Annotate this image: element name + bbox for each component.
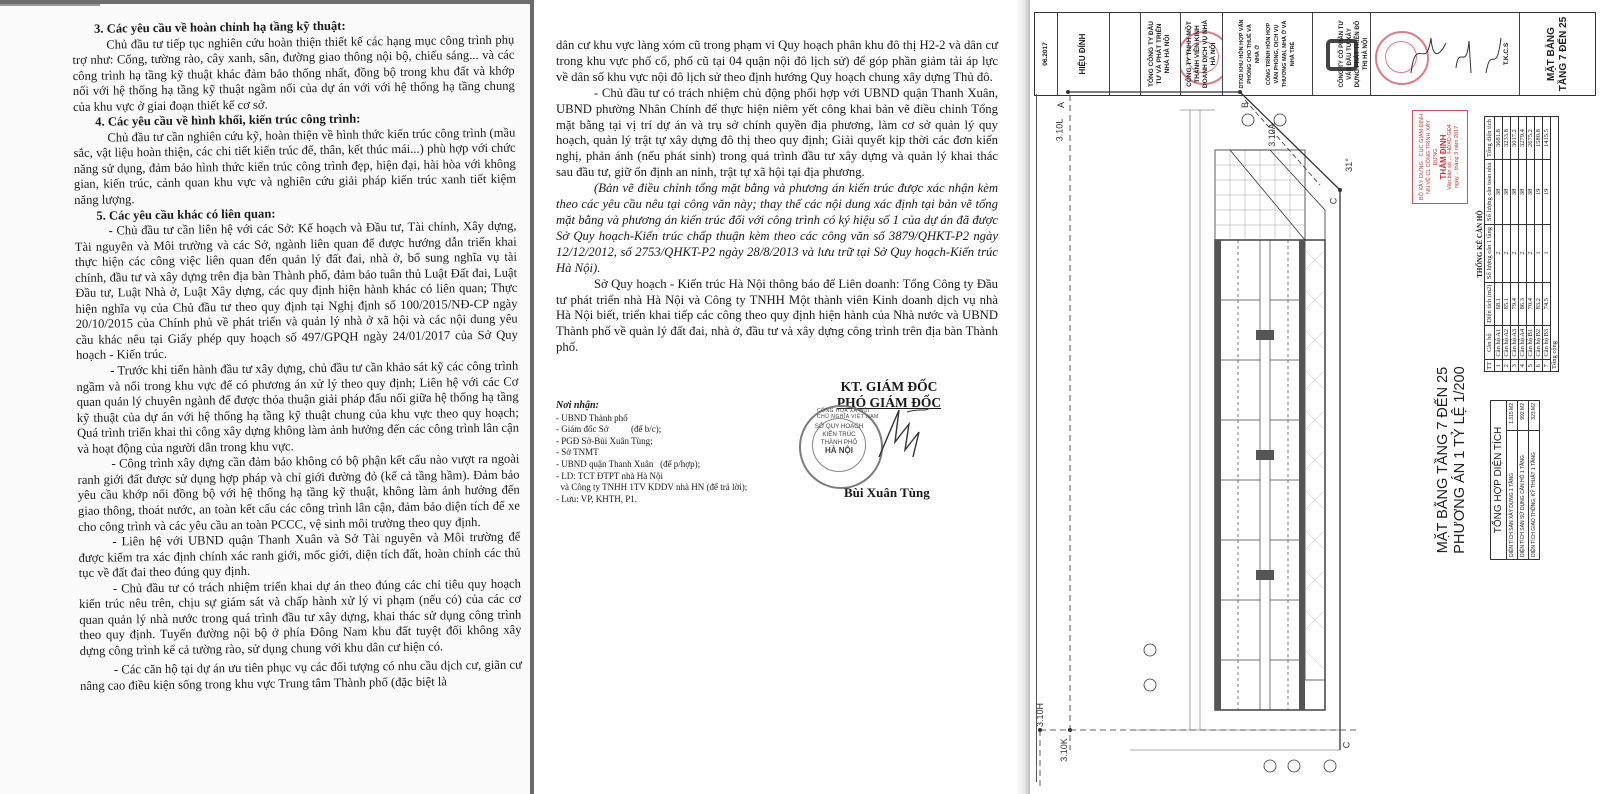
seal-line: KIẾN TRÚC — [813, 431, 865, 439]
section-4-body: Chủ đầu tư cần nghiên cứu kỹ, hoàn thiện… — [73, 125, 516, 208]
drawing-title-block: 06.2017 HIỆU ĐÍNH TỔNG CÔNG TY ĐẦU TƯ VÀ… — [1034, 12, 1596, 96]
grid-label-a: A — [1056, 102, 1066, 108]
table-cell: 3681.8 — [1495, 117, 1503, 160]
table-cell: 19 — [1535, 160, 1543, 224]
table-cell: 74.5 — [1543, 282, 1551, 325]
area-label: DIỆN TÍCH GIAO THÔNG, KỸ THUẬT 1 TẦNG — [1529, 431, 1540, 560]
dimension-label: 3.10A — [1267, 123, 1277, 147]
table-cell: 3 — [1511, 360, 1519, 372]
apartment-table: TTCăn hộDiện tích (m2)Số lượng căn 1 tần… — [1484, 116, 1559, 372]
coordination-paragraph: - Chủ đầu tư có trách nhiệm chủ động phố… — [556, 86, 998, 181]
angle-label: 31° — [1344, 158, 1354, 172]
table-row: DIỆN TÍCH GIAO THÔNG, KỸ THUẬT 1 TẦNG 32… — [1529, 401, 1540, 560]
table-cell: Căn hộ A1 — [1495, 325, 1503, 360]
dimension-label: 3.10H — [1035, 703, 1045, 727]
table-cell: 2 — [1495, 224, 1503, 282]
signature-title: KT. GIÁM ĐỐC — [799, 379, 979, 395]
table-row: 2Căn hộ A285.12383233.8 — [1503, 117, 1511, 372]
section-5-paragraph: - Chủ đầu tư cần liên hệ với các Sở: Kế … — [74, 219, 518, 364]
dimension-label: 3.10K — [1059, 738, 1069, 762]
table-row: 6Căn hộ B283.21191580.8 — [1535, 117, 1543, 372]
recipient: - Lưu: VP, KHTH, P1. — [556, 494, 747, 506]
area-summary-table: TỔNG HỢP DIỆN TÍCH DIỆN TÍCH SÀN XÂY DỰN… — [1490, 400, 1540, 560]
revision-cell: HIỆU ĐÍNH — [1058, 13, 1110, 95]
table-row: 3Căn hộ A379.42383017.2 — [1511, 117, 1519, 372]
table-header-cell: Số lượng căn toàn nhà — [1485, 160, 1495, 224]
table-cell: Căn hộ B1 — [1527, 325, 1535, 360]
recipient: - Giám đốc Sở (để b/c); — [556, 424, 747, 436]
approval-org: BỘ XÂY DỰNG · CỤC GIÁM ĐỊNH NN VỀ CL CÔN… — [1419, 113, 1440, 201]
revision-label: HIỆU ĐÍNH — [1079, 34, 1087, 75]
table-cell: Căn hộ B3 — [1543, 325, 1551, 360]
apartment-table-title: THỐNG KÊ CĂN HỘ — [1476, 116, 1484, 372]
table-cell: 1 — [1495, 360, 1503, 372]
table-cell: 2 — [1511, 224, 1519, 282]
section-5-paragraph: - Liên hệ với UBND quận Thanh Xuân và Sở… — [78, 530, 521, 582]
recipient: - PGĐ Sở-Bùi Xuân Tùng; — [556, 436, 747, 448]
table-cell: 4 — [1519, 360, 1527, 372]
table-cell: 1 — [1535, 224, 1543, 282]
grid-label-c: C — [1328, 198, 1338, 205]
blueprint-page: 06.2017 HIỆU ĐÍNH TỔNG CÔNG TY ĐẦU TƯ VÀ… — [1030, 0, 1600, 794]
signer-name: Bùi Xuân Tùng — [844, 485, 930, 501]
table-cell: 86.3 — [1519, 282, 1527, 325]
area-label: DIỆN TÍCH SÀN SỬ DỤNG CĂN HỘ 1 TẦNG — [1518, 431, 1529, 560]
seal-line: SỞ QUY HOẠCH — [813, 423, 865, 431]
table-cell: 2 — [1519, 224, 1527, 282]
recipient: - UBND Thành phố — [556, 413, 747, 425]
table-cell: 6 — [1535, 360, 1543, 372]
section-5-paragraph: - Trước khi tiến hành đầu tư xây dựng, c… — [76, 359, 519, 458]
table-cell: 79.4 — [1511, 282, 1519, 325]
drawing-title-cell: MẶT BẰNG TẦNG 7 ĐẾN 25 — [1520, 13, 1595, 95]
page1-body: 3. Các yêu cầu về hoàn chỉnh hạ tầng kỹ … — [72, 17, 522, 695]
section-5-paragraph: - Các căn hộ tại dự án ưu tiên phục vụ c… — [80, 658, 522, 694]
table-cell: 1580.8 — [1535, 117, 1543, 160]
table-row: 1Căn hộ A168.12383681.8 — [1495, 117, 1503, 372]
blank-cell — [1110, 13, 1141, 95]
table-cell: 85.1 — [1503, 282, 1511, 325]
area-value: 1.315 M2 — [1507, 401, 1518, 431]
page-divider — [1016, 0, 1030, 794]
table-cell: 70.4 — [1527, 282, 1535, 325]
table-cell: 2 — [1527, 224, 1535, 282]
document-page-1: 3. Các yêu cầu về hoàn chỉnh hạ tầng kỹ … — [0, 0, 532, 794]
table-cell: 2675.2 — [1527, 117, 1535, 160]
table-cell: 83.2 — [1535, 282, 1543, 325]
recipient: - UBND quận Thanh Xuân (để p/hợp); — [556, 459, 747, 471]
plan-title: MẶT BẰNG TẦNG 7 ĐẾN 25 PHƯƠNG ÁN 1 TỶ LỆ… — [1435, 340, 1469, 580]
table-cell: 5 — [1527, 360, 1535, 372]
table-cell: 1 — [1543, 224, 1551, 282]
page2-body: dân cư khu vực làng xóm cũ trong phạm vi… — [556, 38, 998, 356]
table-cell: 19 — [1543, 160, 1551, 224]
floor-plan-drawing — [1030, 90, 1470, 790]
table-footer: Tổng cộng — [1551, 117, 1559, 372]
grid-label-c: C — [1341, 742, 1351, 749]
table-header-cell: Căn hộ — [1485, 325, 1495, 360]
seal-center: SỞ QUY HOẠCH KIẾN TRÚC THÀNH PHỐ HÀ NỘI — [812, 418, 866, 472]
table-row: DIỆN TÍCH SÀN XÂY DỰNG 1 TẦNG 1.315 M2 — [1507, 401, 1518, 560]
grid-label-b: B — [1240, 102, 1250, 108]
table-cell: 38 — [1511, 160, 1519, 224]
building-name: CÔNG TRÌNH HỖN HỢP VĂN PHÒNG, DỊCH VỤ TH… — [1265, 19, 1297, 89]
table-row: DIỆN TÍCH SÀN SỬ DỤNG CĂN HỘ 1 TẦNG 992 … — [1518, 401, 1529, 560]
recipient: và Công ty TNHH 1TV KDDV nhà HN (để trả … — [556, 482, 747, 494]
table-row: 5Căn hộ B170.42382675.2 — [1527, 117, 1535, 372]
revision-date: 06.2017 — [1042, 42, 1050, 66]
recipients-title: Nơi nhận: — [556, 400, 747, 412]
table-cell: 3017.2 — [1511, 117, 1519, 160]
investor-cell: TỔNG CÔNG TY ĐẦU TƯ VÀ PHÁT TRIỂN NHÀ HÀ… — [1141, 13, 1181, 95]
recipients-list: Nơi nhận: - UBND Thành phố - Giám đốc Sở… — [556, 400, 747, 505]
table-cell: 38 — [1519, 160, 1527, 224]
table-cell: Căn hộ B2 — [1535, 325, 1543, 360]
section-5-paragraph: - Công trình xây dựng cần đảm bảo không … — [77, 452, 520, 535]
table-cell: 7 — [1543, 360, 1551, 372]
table-header-cell: Diện tích (m2) — [1485, 282, 1495, 325]
table-cell: 2 — [1503, 360, 1511, 372]
table-cell: 38 — [1503, 160, 1511, 224]
approval-doc: Văn bản số ... /HĐXD-GĐ4 — [1447, 113, 1454, 201]
recipient: - LD: TCT ĐTPT nhà Hà Nội — [556, 471, 747, 483]
approval-title: THẨM ĐỊNH — [1440, 113, 1447, 201]
dimension-label: 3.10L — [1054, 119, 1064, 142]
section-5-paragraph: - Chủ đầu tư có trách nhiệm triển khai d… — [79, 576, 522, 659]
table-cell: 68.1 — [1495, 282, 1503, 325]
table-row: 7Căn hộ B374.51191415.5 — [1543, 117, 1551, 372]
project-name: DTXD KHU HỖN HỢP VĂN PHÒNG CHO THUÊ VÀ N… — [1238, 19, 1262, 89]
table-cell: 2 — [1503, 224, 1511, 282]
italic-note: (Bản vẽ điều chỉnh tổng mặt bằng và phươ… — [556, 181, 998, 276]
investor-1: TỔNG CÔNG TY ĐẦU TƯ VÀ PHÁT TRIỂN NHÀ HÀ… — [1148, 19, 1172, 89]
notice-paragraph: Sở Quy hoạch - Kiến trúc Hà Nội thông bá… — [556, 277, 998, 357]
continuation-paragraph: dân cư khu vực làng xóm cũ trong phạm vi… — [556, 38, 998, 86]
table-cell: 38 — [1495, 160, 1503, 224]
section-3-body: Chủ đầu tư tiếp tục nghiên cứu hoàn thiệ… — [72, 32, 515, 115]
plan-title-line-1: MẶT BẰNG TẦNG 7 ĐẾN 25 — [1435, 340, 1452, 580]
drawing-title: MẶT BẰNG TẦNG 7 ĐẾN 25 — [1546, 14, 1570, 94]
document-page-2: dân cư khu vực làng xóm cũ trong phạm vi… — [534, 0, 1018, 794]
apartment-stats-table: THỐNG KÊ CĂN HỘ TTCăn hộDiện tích (m2)Số… — [1476, 116, 1586, 372]
plan-title-line-2: PHƯƠNG ÁN 1 TỶ LỆ 1/200 — [1452, 340, 1469, 580]
table-cell: 1415.5 — [1543, 117, 1551, 160]
table-header-row: TTCăn hộDiện tích (m2)Số lượng căn 1 tần… — [1485, 117, 1495, 372]
revision-cell: 06.2017 — [1035, 13, 1058, 95]
table-cell: Căn hộ A2 — [1503, 325, 1511, 360]
table-header-cell: Tổng diện tích — [1485, 117, 1495, 160]
consultant-name: CÔNG TY CỔ PHẦN TƯ VẤN ĐẦU TƯ XÂY DỰNG P… — [1338, 19, 1370, 89]
table-cell: 3233.8 — [1503, 117, 1511, 160]
investor-2: CÔNG TY TNHH MỘT THÀNH VIÊN KINH DOANH D… — [1186, 19, 1218, 89]
table-cell: 38 — [1527, 160, 1535, 224]
table-header-cell: Số lượng căn 1 tầng — [1485, 224, 1495, 282]
signatures-cell: T.K.C.S — [1371, 13, 1520, 95]
area-summary-title: TỔNG HỢP DIỆN TÍCH — [1490, 400, 1506, 560]
area-label: DIỆN TÍCH SÀN XÂY DỰNG 1 TẦNG — [1507, 431, 1518, 560]
investor-cell: CÔNG TY TNHH MỘT THÀNH VIÊN KINH DOANH D… — [1181, 13, 1223, 95]
table-cell: Căn hộ A4 — [1519, 325, 1527, 360]
table-row: 4Căn hộ A486.32383279.4 — [1519, 117, 1527, 372]
drawing-code: T.K.C.S — [1503, 43, 1511, 65]
table-cell: Căn hộ A3 — [1511, 325, 1519, 360]
area-value: 992 M2 — [1518, 401, 1529, 431]
approval-stamp: BỘ XÂY DỰNG · CỤC GIÁM ĐỊNH NN VỀ CL CÔN… — [1412, 110, 1468, 204]
area-value: 323 M2 — [1529, 401, 1540, 431]
approval-date: ngày .. tháng 3 năm 2017 — [1454, 113, 1461, 201]
handwritten-signature-icon — [869, 402, 929, 462]
project-cell: DTXD KHU HỖN HỢP VĂN PHÒNG CHO THUÊ VÀ N… — [1223, 13, 1313, 95]
signatures-icon — [1371, 13, 1520, 93]
recipient: - Sở TNMT — [556, 447, 747, 459]
table-cell: 3279.4 — [1519, 117, 1527, 160]
seal-line: HÀ NỘI — [825, 446, 853, 455]
consultant-cell: CÔNG TY CỔ PHẦN TƯ VẤN ĐẦU TƯ XÂY DỰNG P… — [1313, 13, 1371, 95]
table-header-cell: TT — [1485, 360, 1495, 372]
table-footer-row: Tổng cộng — [1551, 117, 1559, 372]
